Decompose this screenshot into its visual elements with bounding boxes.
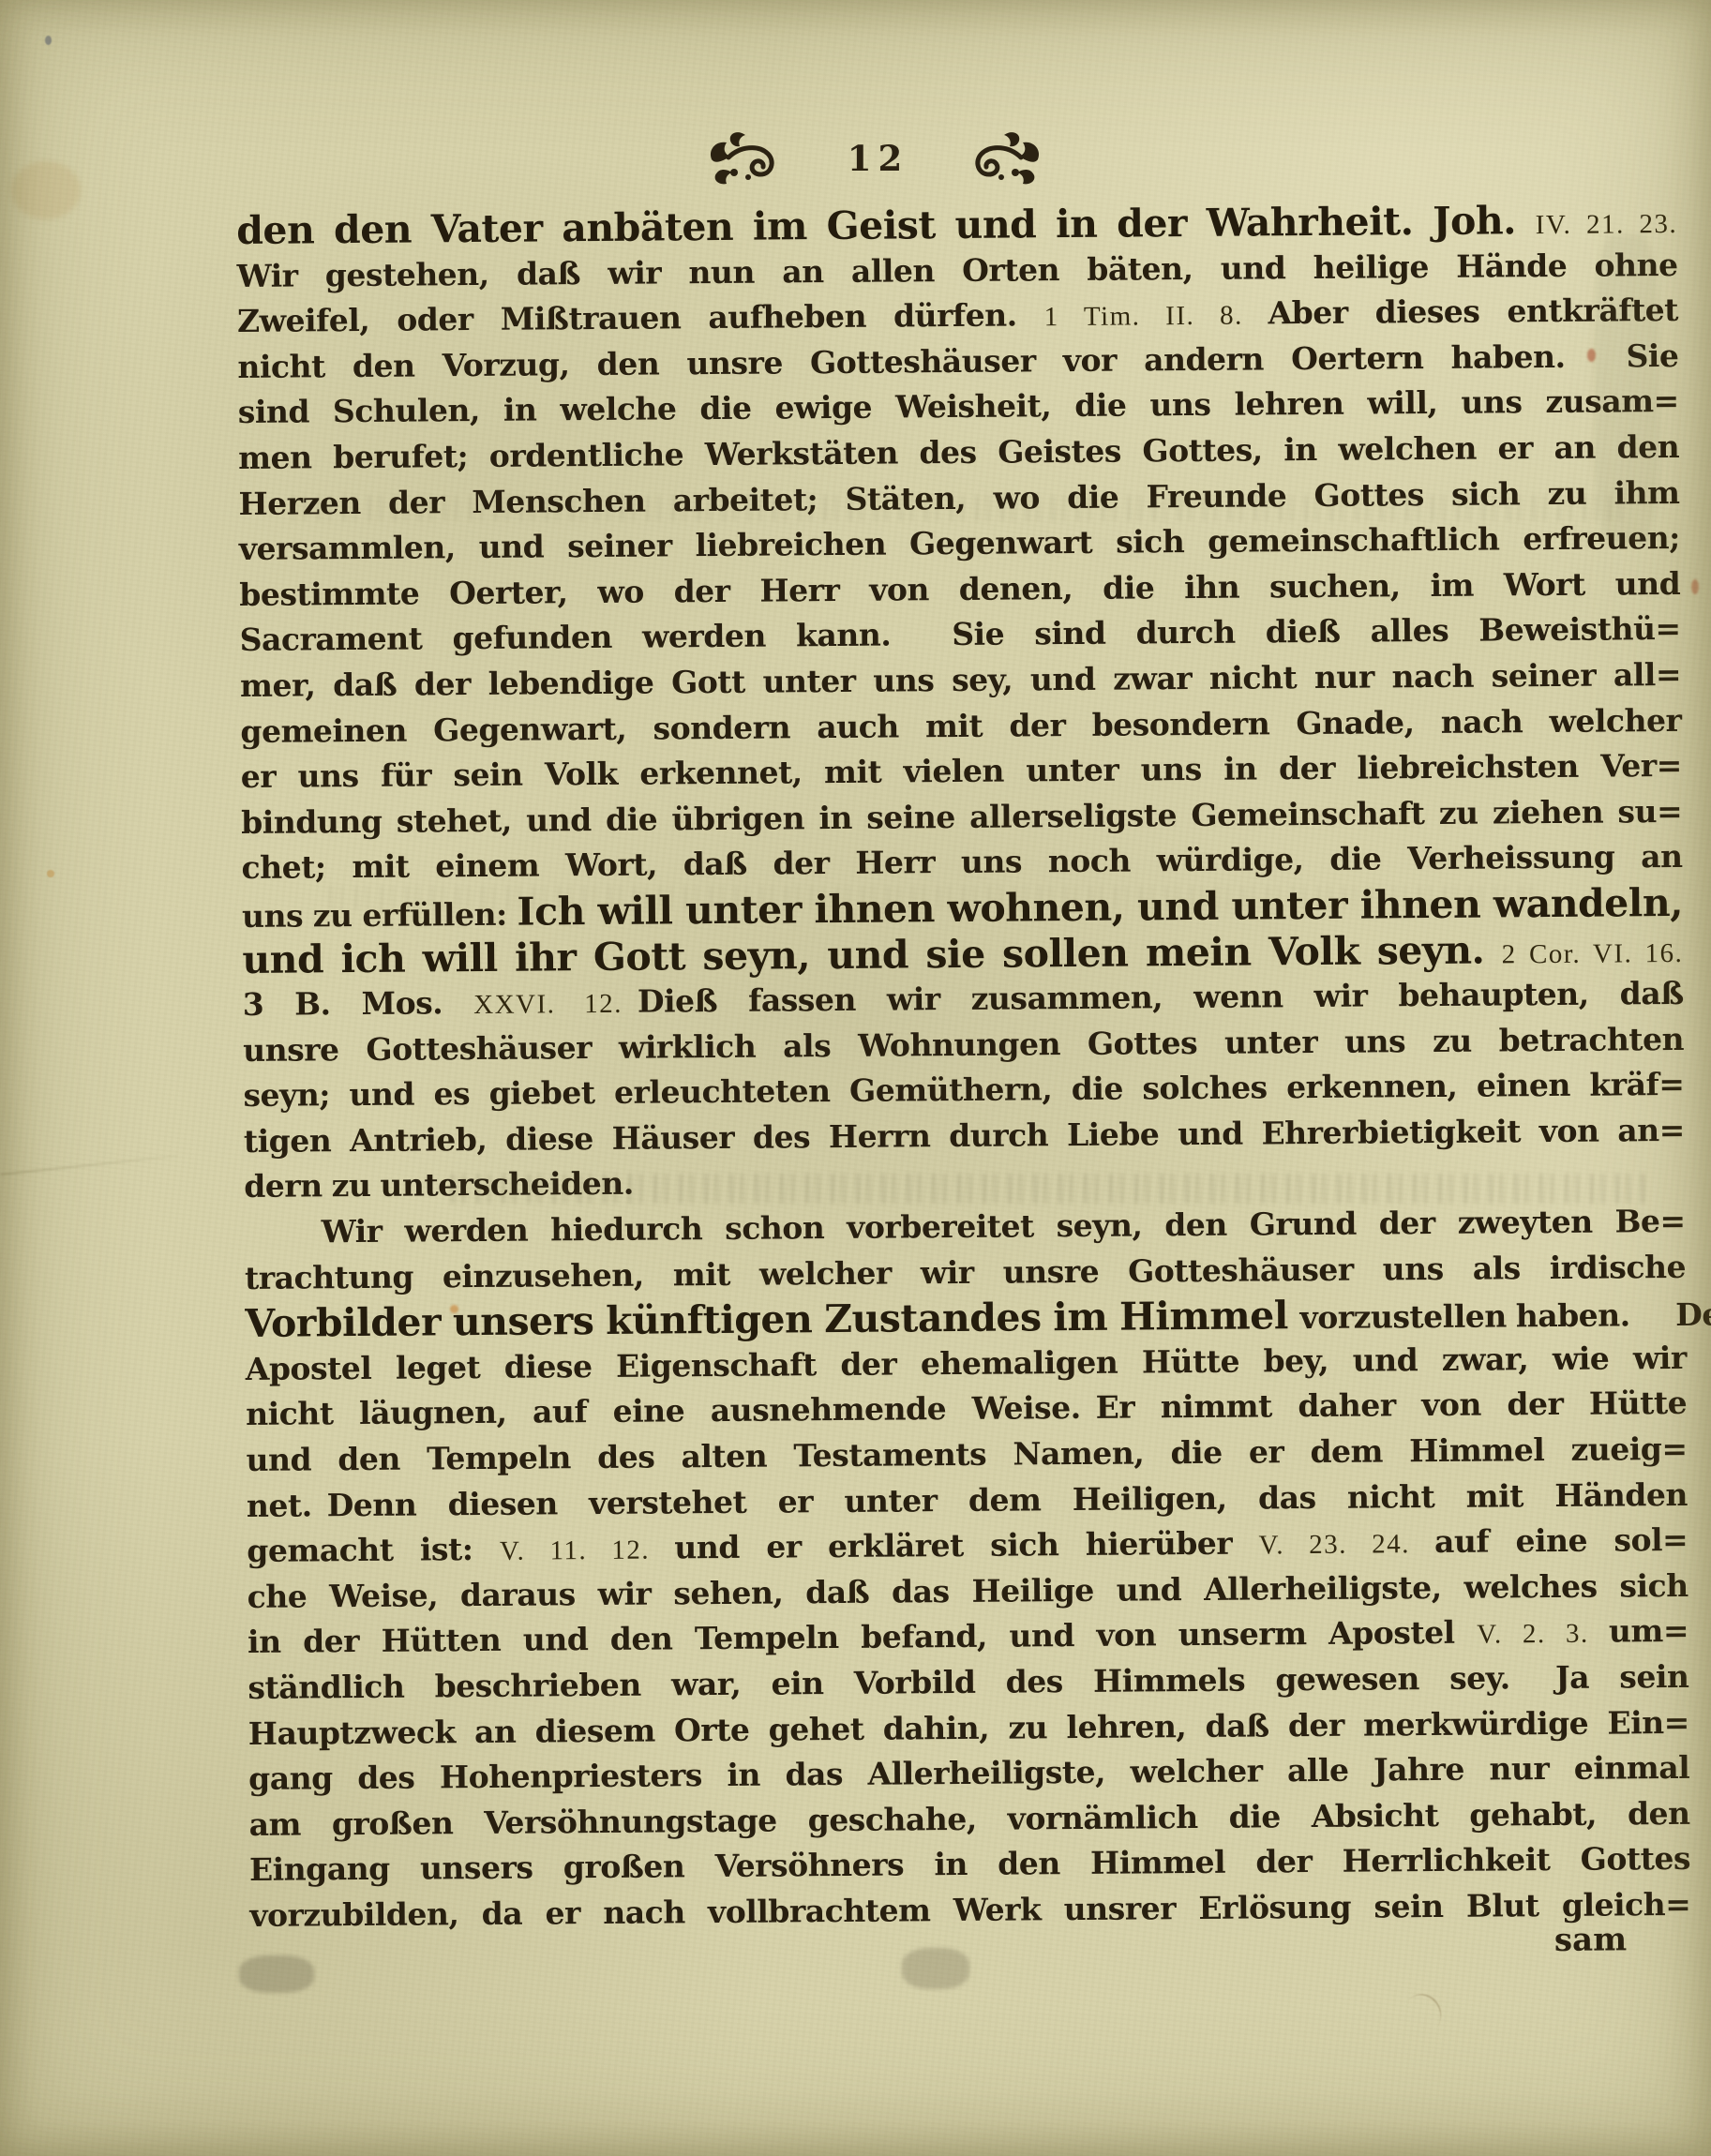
text-segment-body: men berufet; ordentliche Werkstäten des … [238,428,1679,476]
red-ink-speck [1691,579,1699,594]
text-segment-body: gemeinen Gegenwart, sondern auch mit der… [240,701,1681,749]
text-segment-ref: V. 2. 3. [1477,1619,1609,1650]
text-segment-body: dern zu unterscheiden. [244,1165,634,1205]
text-segment-ref: XXVI. 12. [473,989,623,1020]
text-segment-ref: V. 23. 24. [1258,1529,1434,1560]
text-segment-body: sind Schulen, in welche die ewige Weishe… [238,382,1679,430]
text-segment-body: chet; mit einem Wort, daß der Herr uns n… [241,838,1682,886]
text-segment-body: bindung stehet, und die übrigen in seine… [241,793,1682,841]
text-segment-body: nicht den Vorzug, den unsre Gotteshäuser… [237,337,1678,385]
text-segment-body: und er erkläret sich hierüber [674,1525,1259,1566]
text-segment-body: tigen Antrieb, diese Häuser des Herrn du… [244,1112,1685,1160]
text-segment-body: um= [1609,1612,1688,1650]
text-segment-body: Wir gestehen, daß wir nun an allen Orten… [236,247,1677,294]
text-segment-body: und den Tempeln des alten Testaments Nam… [246,1430,1687,1478]
text-segment-body: ständlich beschrieben war, ein Vorbild d… [248,1658,1688,1706]
text-segment-body: Wir werden hiedurch schon vorbereitet se… [321,1203,1685,1250]
text-segment-body: bestimmte Oerter, wo der Herr von denen,… [239,565,1680,613]
text-segment-body: Sacrament gefunden werden kann. Sie sind… [240,610,1681,658]
text-segment-body: Aber dieses entkräftet [1268,292,1678,331]
orange-speck [47,870,54,877]
text-segment-ref: V. 11. 12. [500,1535,675,1566]
text-segment-body: unsre Gotteshäuser wirklich als Wohnunge… [243,1021,1684,1069]
text-segment-body: che Weise, daraus wir sehen, daß das Hei… [248,1567,1688,1615]
text-segment-body: versammlen, und seiner liebreichen Gegen… [239,519,1680,567]
text-block: den den Vater anbäten im Geist und in de… [236,189,1691,1939]
text-segment-body: Herzen der Menschen arbeitet; Stäten, wo… [238,473,1679,521]
text-segment-body: seyn; und es giebet erleuchteten Gemüthe… [243,1066,1684,1114]
paper-stain [11,161,81,219]
floral-ornament-right-icon [971,131,1044,186]
catchword: sam [1554,1921,1627,1959]
text-segment-body: er uns für sein Volk erkennet, mit viele… [241,747,1682,795]
text-segment-body: vorzustellen haben. Der [1299,1296,1711,1337]
text-segment-ref: 2 Cor. VI. 16. [1502,937,1684,969]
text-segment-ref: IV. 21. 23. [1536,209,1678,240]
text-segment-body: uns zu erfüllen: [242,896,518,935]
text-segment-body: trachtung einzusehen, mit welcher wir un… [245,1249,1686,1296]
paper-fiber [1395,1987,1450,2043]
text-segment-emph: Vorbilder unsers künftigen Zustandes im … [245,1293,1300,1346]
text-segment-body: Apostel leget diese Eigenschaft der ehem… [246,1340,1687,1387]
book-page-scan: { "page": { "number": "12", "catchword":… [0,0,1711,2156]
running-head: 12 [705,127,1044,189]
text-segment-body: Eingang unsers großen Versöhners in den … [249,1840,1690,1888]
text-segment-body: Dieß fassen wir zusammen, wenn wir behau… [623,975,1684,1020]
text-segment-body: nicht läugnen, auf eine ausnehmende Weis… [246,1385,1687,1432]
text-segment-body: mer, daß der lebendige Gott unter uns se… [240,656,1681,704]
text-segment-body: Hauptzweck an diesem Orte gehet dahin, z… [248,1703,1689,1751]
paper-crease [0,1155,177,1175]
text-segment-body: net. Denn diesen verstehet er unter dem … [247,1476,1688,1524]
text-segment-body: in der Hütten und den Tempeln befand, un… [248,1614,1477,1660]
text-segment-body: gang des Hohenpriesters in das Allerheil… [248,1749,1689,1797]
floral-ornament-left-icon [705,131,778,186]
text-segment-body: Zweifel, oder Mißtrauen aufheben dürfen. [237,296,1044,339]
blue-speck [45,36,52,45]
page-number: 12 [841,138,909,179]
text-segment-ref: 1 Tim. II. 8. [1044,301,1268,333]
text-segment-body: gemacht ist: [247,1531,500,1569]
text-segment-body: auf eine sol= [1434,1521,1688,1560]
text-segment-body: am großen Versöhnungstage geschahe, vorn… [248,1795,1689,1843]
text-segment-body: 3 B. Mos. [243,984,474,1023]
text-segment-emph: Ich will unter ihnen wohnen, und unter i… [517,880,1683,935]
